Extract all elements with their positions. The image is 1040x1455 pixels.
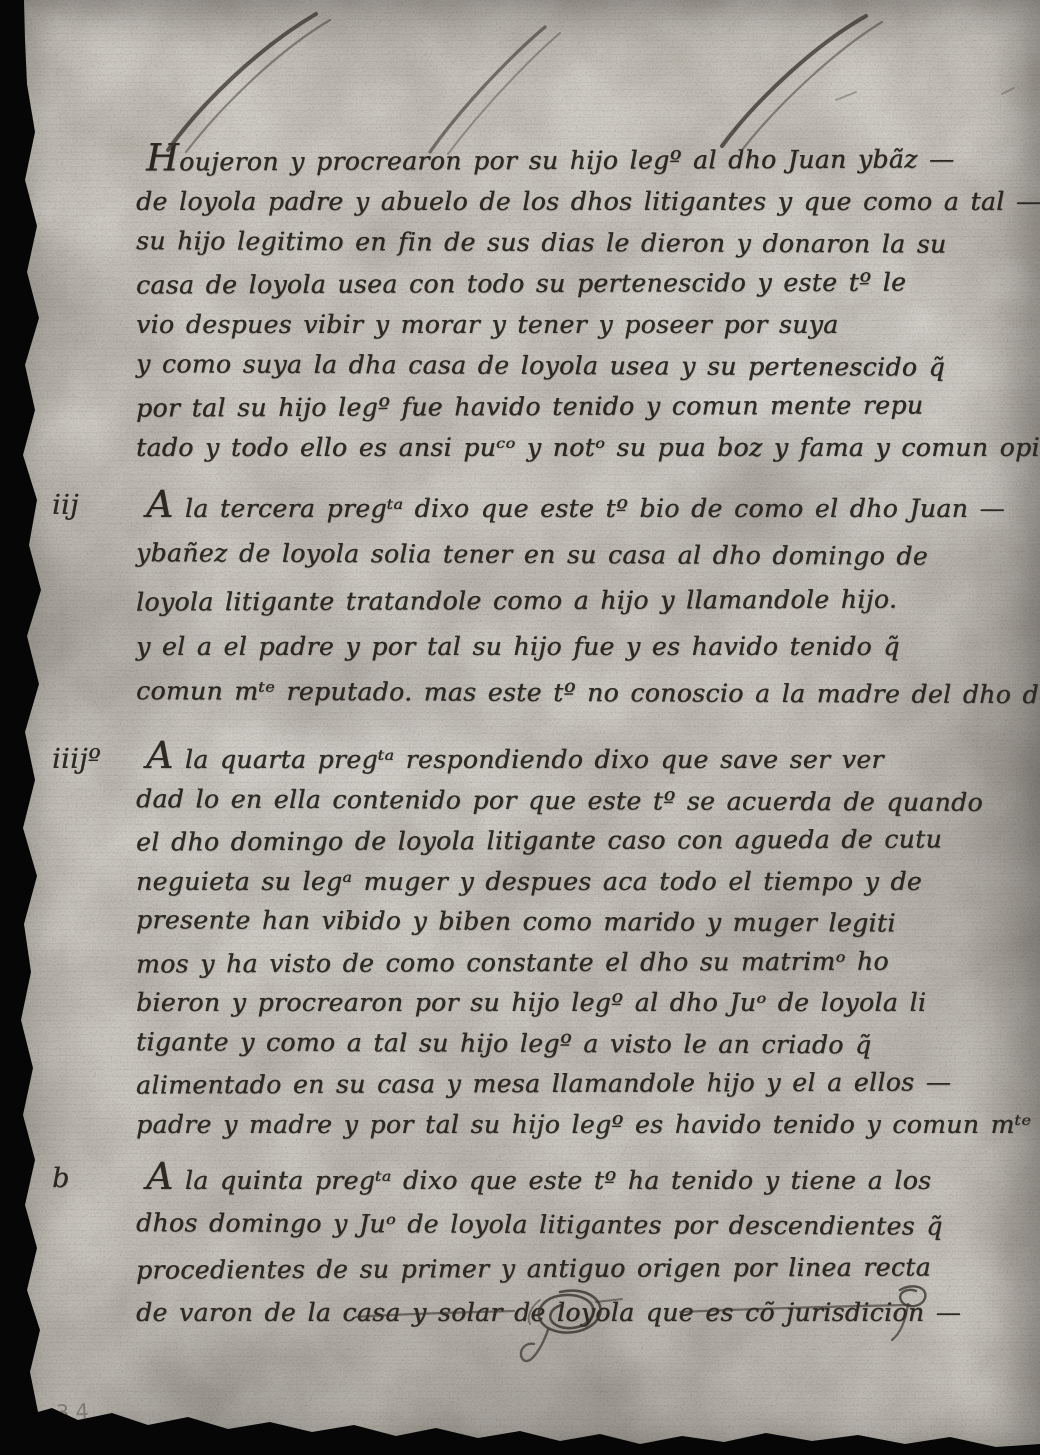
manuscript-line: dhos domingo y Juᵒ de loyola litigantes … [136, 1201, 954, 1249]
margin-question-numeral: iiijº [52, 744, 101, 775]
manuscript-line: mos y ha visto de como constante el dho … [136, 941, 954, 985]
manuscript-line: tigante y como a tal su hijo legº a vist… [136, 1022, 954, 1066]
manuscript-line: y como suya la dha casa de loyola usea y… [136, 343, 954, 388]
manuscript-page: Houjeron y procrearon por su hijo legº a… [0, 0, 1040, 1455]
manuscript-line: dad lo en ella contenido por que este tº… [136, 779, 954, 823]
margin-question-numeral: b [52, 1163, 70, 1194]
manuscript-line: el dho domingo de loyola litigante caso … [136, 819, 954, 863]
manuscript-line: por tal su hijo legº fue havido tenido y… [136, 384, 954, 428]
folio-number: 34 [55, 1399, 95, 1425]
manuscript-line: alimentado en su casa y mesa llamandole … [136, 1062, 954, 1106]
manuscript-line: de varon de la casa y solar de loyola qu… [136, 1291, 954, 1335]
manuscript-line: A la quarta pregᵗᵃ respondiendo dixo que… [136, 740, 954, 781]
manuscript-line: Houjeron y procrearon por su hijo legº a… [136, 138, 954, 182]
manuscript-line: bieron y procrearon por su hijo legº al … [136, 983, 954, 1024]
manuscript-line: vio despues vibir y morar y tener y pose… [136, 304, 954, 345]
deposition-section: iijA la tercera pregᵗᵃ dixo que este tº … [136, 486, 954, 716]
margin-question-numeral: iij [52, 490, 79, 521]
manuscript-line: su hijo legitimo en fin de sus dias le d… [136, 220, 954, 265]
manuscript-line: padre y madre y por tal su hijo legº es … [136, 1105, 954, 1146]
manuscript-text: Houjeron y procrearon por su hijo legº a… [136, 140, 954, 1335]
manuscript-line: A la tercera pregᵗᵃ dixo que este tº bio… [136, 486, 954, 532]
manuscript-line: y el a el padre y por tal su hijo fue y … [136, 624, 954, 670]
manuscript-line: neguieta su legᵃ muger y despues aca tod… [136, 862, 954, 903]
manuscript-line: casa de loyola usea con todo su pertenes… [136, 261, 954, 305]
manuscript-line: comun mᵗᵉ reputado. mas este tº no conos… [136, 668, 954, 718]
deposition-section: Houjeron y procrearon por su hijo legº a… [136, 140, 954, 468]
manuscript-line: de loyola padre y abuelo de los dhos lit… [136, 181, 954, 222]
manuscript-line: A la quinta pregᵗᵃ dixo que este tº ha t… [136, 1159, 954, 1203]
deposition-section: bA la quinta pregᵗᵃ dixo que este tº ha … [136, 1159, 954, 1335]
manuscript-line: tado y todo ello es ansi puᶜᵒ y notᵒ su … [136, 427, 954, 468]
manuscript-line: presente han vibido y biben como marido … [136, 900, 954, 944]
deposition-section: iiijºA la quarta pregᵗᵃ respondiendo dix… [136, 740, 954, 1145]
pen-slash-marks [168, 14, 1014, 154]
manuscript-line: ybañez de loyola solia tener en su casa … [136, 530, 954, 580]
manuscript-scan: Houjeron y procrearon por su hijo legº a… [0, 0, 1040, 1455]
manuscript-line: loyola litigante tratandole como a hijo … [136, 576, 954, 625]
manuscript-line: procedientes de su primer y antiguo orig… [136, 1245, 954, 1292]
